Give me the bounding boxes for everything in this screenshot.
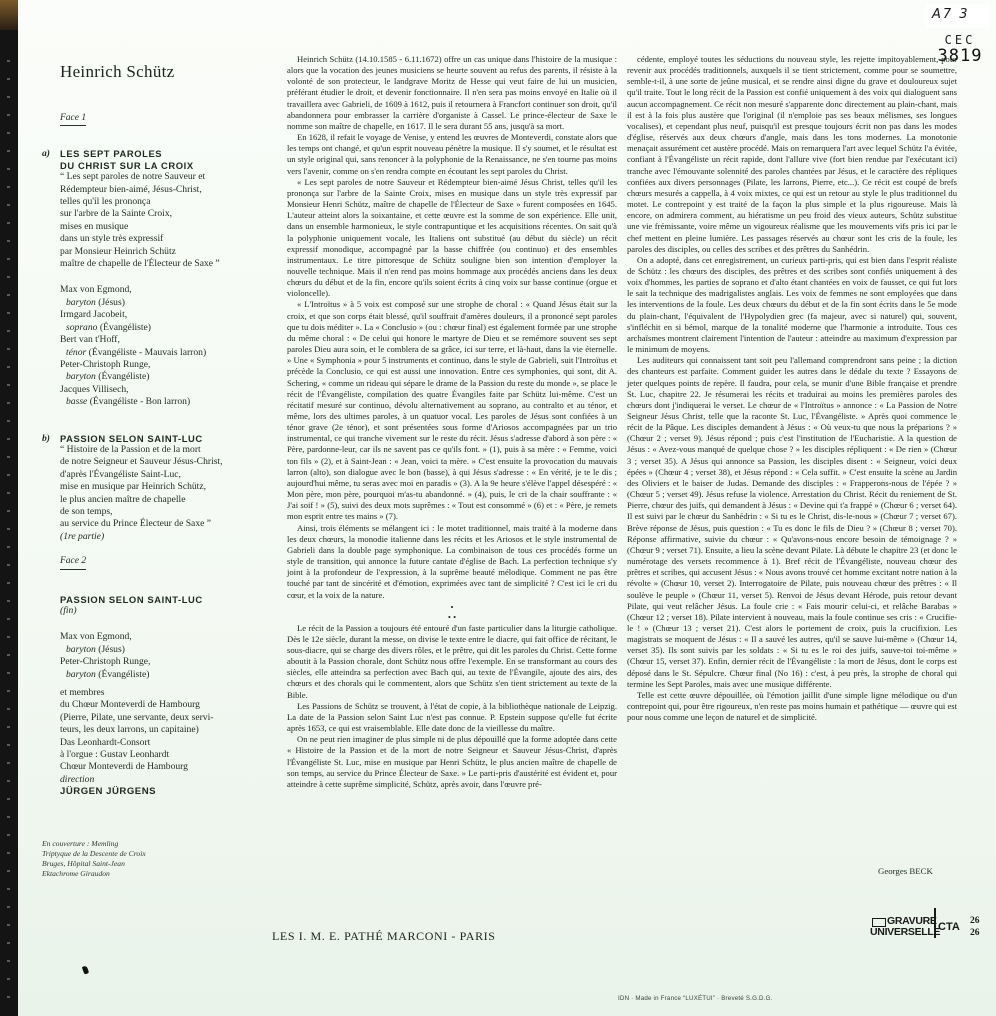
- publisher-line: LES I. M. E. PATHÉ MARCONI - PARIS: [272, 929, 496, 944]
- work-a-title: LES SEPT PAROLES DU CHRIST SUR LA CROIX: [60, 148, 282, 171]
- work-a-subtitle: “ Les sept paroles de notre Sauveur etRé…: [60, 171, 282, 270]
- ensemble-line: teurs, les deux larrons, un capitaine): [60, 724, 282, 736]
- notes-paragraph: On ne peut rien imaginer de plus simple …: [287, 734, 617, 790]
- performer-name: Max von Egmond,: [60, 284, 282, 296]
- performer-name: Bert van t'Hoff,: [60, 334, 282, 346]
- work-b-title: PASSION SELON SAINT-LUC: [60, 433, 282, 444]
- notes-paragraph: Les Passions de Schütz se trouvent, à l'…: [287, 701, 617, 734]
- subtitle-line: telles qu'il les prononça: [60, 196, 282, 208]
- notes-paragraph: Ainsi, trois éléments se mélangent ici :…: [287, 523, 617, 601]
- subtitle-line: de son temps,: [60, 506, 282, 518]
- performer-role: ténor (Évangéliste - Mauvais larron): [60, 347, 282, 359]
- side-2-ensembles: et membresdu Chœur Monteverdi de Hambour…: [42, 687, 282, 799]
- subtitle-line: “ Histoire de la Passion et de la mort: [60, 444, 282, 456]
- notes-paragraph: Le récit de la Passion a toujours été en…: [287, 623, 617, 701]
- performer-name: Jacques Villisech,: [60, 384, 282, 396]
- subtitle-line: le plus ancien maître de chapelle: [60, 494, 282, 506]
- notes-paragraph: Heinrich Schütz (14.10.1585 - 6.11.1672)…: [287, 54, 617, 132]
- notes-paragraph: On a adopté, dans cet enregistrement, un…: [627, 255, 957, 355]
- cover-credit: En couverture : MemlingTriptyque de la D…: [42, 839, 282, 879]
- notes-paragraph: En 1628, il refait le voyage de Venise, …: [287, 132, 617, 177]
- ensemble-line: Chœur Monteverdi de Hambourg: [60, 761, 282, 773]
- work-a-performers: Max von Egmond,baryton (Jésus)Irmgard Ja…: [42, 284, 282, 408]
- ensemble-line: JÜRGEN JÜRGENS: [60, 786, 282, 798]
- notes-author-signature: Georges BECK: [878, 866, 933, 876]
- liner-notes-middle-column: Heinrich Schütz (14.10.1585 - 6.11.1672)…: [287, 54, 617, 790]
- notes-paragraph: « Les sept paroles de notre Sauveur et R…: [287, 177, 617, 300]
- notes-paragraph: « L'Introïtus » à 5 voix est composé sur…: [287, 299, 617, 522]
- handwritten-sticker: A7 3: [926, 4, 990, 28]
- performer-role: baryton (Jésus): [60, 297, 282, 309]
- credit-line: En couverture : Memling: [42, 839, 282, 849]
- work-a-title-line: DU CHRIST SUR LA CROIX: [60, 160, 282, 171]
- work-a-letter: a): [42, 148, 50, 160]
- composer-title: Heinrich Schütz: [60, 62, 175, 82]
- side-2-title: PASSION SELON SAINT-LUC: [60, 594, 282, 605]
- work-b-letter: b): [42, 433, 50, 445]
- voice-type: baryton: [66, 371, 96, 382]
- ensemble-line: et membres: [60, 687, 282, 699]
- subtitle-line: sur l'arbre de la Sainte Croix,: [60, 208, 282, 220]
- subtitle-line: mises en musique: [60, 221, 282, 233]
- work-b: b) PASSION SELON SAINT-LUC “ Histoire de…: [42, 433, 282, 544]
- subtitle-line: “ Les sept paroles de notre Sauveur et: [60, 171, 282, 183]
- subtitle-line: dans un style très expressif: [60, 233, 282, 245]
- catalog-prefix: CEC: [930, 34, 990, 46]
- performer-name: Irmgard Jacobeit,: [60, 309, 282, 321]
- gravure-universelle-logo: GRAVURE UNIVERSELLE CTA 26 26: [870, 914, 990, 954]
- work-b-subtitle: “ Histoire de la Passion et de la mortde…: [60, 444, 282, 531]
- engraving-code-top: 26: [970, 916, 980, 926]
- tracklist-column: Face 1 a) LES SEPT PAROLES DU CHRIST SUR…: [42, 112, 282, 799]
- ensemble-line: du Chœur Monteverdi de Hambourg: [60, 699, 282, 711]
- work-b-title-line: PASSION SELON SAINT-LUC: [60, 433, 282, 444]
- subtitle-line: mise en musique par Heinrich Schütz,: [60, 481, 282, 493]
- work-a: a) LES SEPT PAROLES DU CHRIST SUR LA CRO…: [42, 148, 282, 270]
- notes-paragraph: Les auditeurs qui connaissent tant soit …: [627, 355, 957, 690]
- engraving-mark: CTA: [938, 921, 960, 933]
- voice-type: baryton: [66, 644, 96, 655]
- section-separator: •: [287, 603, 617, 611]
- ensemble-line: à l'orgue : Gustav Leonhardt: [60, 749, 282, 761]
- liner-notes-right-column: cédente, employé toutes les séductions d…: [627, 54, 957, 723]
- voice-type: ténor: [66, 347, 86, 358]
- subtitle-line: au service du Prince Électeur de Saxe ”: [60, 518, 282, 530]
- logo-text-line2: UNIVERSELLE: [870, 926, 940, 938]
- part-note: (1re partie): [60, 531, 282, 543]
- spine-perforation: [7, 60, 10, 1000]
- performer-role: soprano (Évangéliste): [60, 322, 282, 334]
- engraving-code-bottom: 26: [970, 928, 980, 938]
- performer-role: baryton (Évangéliste): [60, 371, 282, 383]
- performer-role: basse (Évangéliste - Bon larron): [60, 396, 282, 408]
- section-separator: • •: [287, 613, 617, 621]
- ensemble-line: (Pierre, Pilate, une servante, deux serv…: [60, 712, 282, 724]
- voice-type: basse: [66, 396, 87, 407]
- subtitle-line: maître de chapelle de l'Électeur de Saxe…: [60, 258, 282, 270]
- subtitle-line: par Monsieur Heinrich Schütz: [60, 246, 282, 258]
- voice-type: soprano: [66, 322, 97, 333]
- voice-type: baryton: [66, 669, 96, 680]
- performer-name: Peter-Christoph Runge,: [60, 656, 282, 668]
- subtitle-line: d'après l'Évangéliste Saint-Luc,: [60, 469, 282, 481]
- credit-line: Bruges, Hôpital Saint-Jean: [42, 859, 282, 869]
- side-2-label: Face 2: [60, 555, 86, 569]
- manufacturing-fineprint: IDN · Made in France “LUXÉTUI” · Breveté…: [618, 995, 773, 1002]
- side-1-label: Face 1: [60, 112, 86, 126]
- side-2-subtitle: (fin): [60, 605, 282, 617]
- notes-paragraph: Telle est cette œuvre dépouillée, où l'é…: [627, 690, 957, 723]
- ensemble-line: Das Leonhardt-Consort: [60, 737, 282, 749]
- performer-name: Max von Egmond,: [60, 631, 282, 643]
- credit-line: Ektachrome Giraudon: [42, 869, 282, 879]
- subtitle-line: Rédempteur bien-aimé, Jésus-Christ,: [60, 184, 282, 196]
- notes-paragraph: cédente, employé toutes les séductions d…: [627, 54, 957, 255]
- subtitle-line: de notre Seigneur et Sauveur Jésus-Chris…: [60, 456, 282, 468]
- performer-role: baryton (Jésus): [60, 644, 282, 656]
- voice-type: baryton: [66, 297, 96, 308]
- ensemble-line: direction: [60, 774, 282, 786]
- logo-divider: [934, 908, 936, 938]
- side-2-work: PASSION SELON SAINT-LUC (fin): [42, 594, 282, 618]
- work-a-title-line: LES SEPT PAROLES: [60, 148, 282, 159]
- credit-line: Triptyque de la Descente de Croix: [42, 849, 282, 859]
- performer-role: baryton (Évangéliste): [60, 669, 282, 681]
- sleeve-spine: [0, 0, 18, 1016]
- performer-name: Peter-Christoph Runge,: [60, 359, 282, 371]
- side-2-performers: Max von Egmond,baryton (Jésus)Peter-Chri…: [42, 631, 282, 681]
